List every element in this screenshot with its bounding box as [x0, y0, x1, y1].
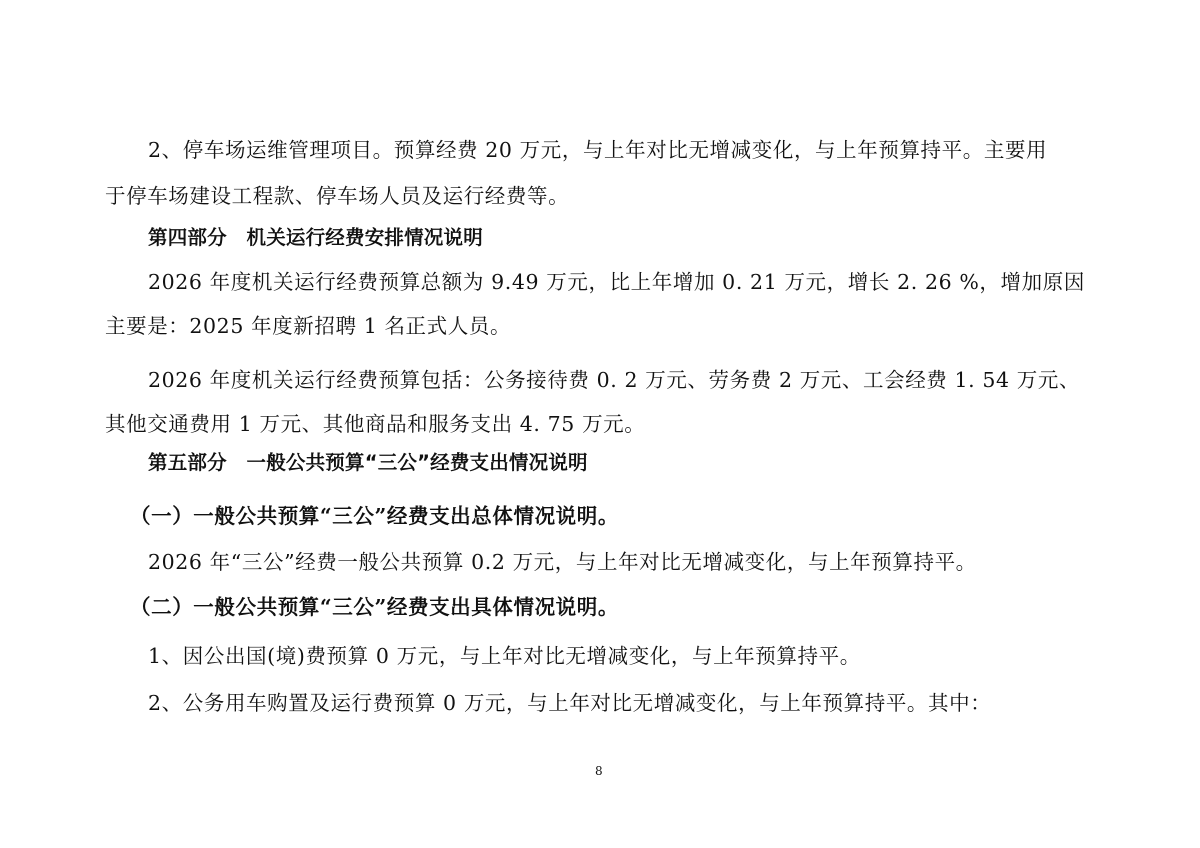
paragraph-overall: 2026 年“三公”经费一般公共预算 0.2 万元，与上年对比无增减变化，与上年…: [148, 550, 977, 574]
page-number: 8: [595, 764, 603, 778]
paragraph-overseas-travel: 1、因公出国(境)费预算 0 万元，与上年对比无增减变化，与上年预算持平。: [148, 644, 861, 668]
paragraph-operating-breakdown: 2026 年度机关运行经费预算包括：公务接待费 0. 2 万元、劳务费 2 万元…: [148, 368, 1080, 392]
paragraph-operating-total: 2026 年度机关运行经费预算总额为 9.49 万元，比上年增加 0. 21 万…: [148, 270, 1085, 294]
paragraph-operating-total-cont: 主要是：2025 年度新招聘 1 名正式人员。: [105, 314, 511, 338]
paragraph-parking-project-cont: 于停车场建设工程款、停车场人员及运行经费等。: [105, 184, 569, 208]
paragraph-official-vehicles: 2、公务用车购置及运行费预算 0 万元，与上年对比无增减变化，与上年预算持平。其…: [148, 691, 991, 715]
heading-part-five: 第五部分 一般公共预算“三公”经费支出情况说明: [148, 451, 588, 475]
paragraph-parking-project: 2、停车场运维管理项目。预算经费 20 万元，与上年对比无增减变化，与上年预算持…: [148, 138, 1047, 162]
subheading-specific: （二）一般公共预算“三公”经费支出具体情况说明。: [130, 595, 619, 619]
paragraph-operating-breakdown-cont: 其他交通费用 1 万元、其他商品和服务支出 4. 75 万元。: [105, 412, 645, 436]
heading-part-four: 第四部分 机关运行经费安排情况说明: [148, 226, 483, 250]
subheading-overall: （一）一般公共预算“三公”经费支出总体情况说明。: [130, 504, 619, 528]
